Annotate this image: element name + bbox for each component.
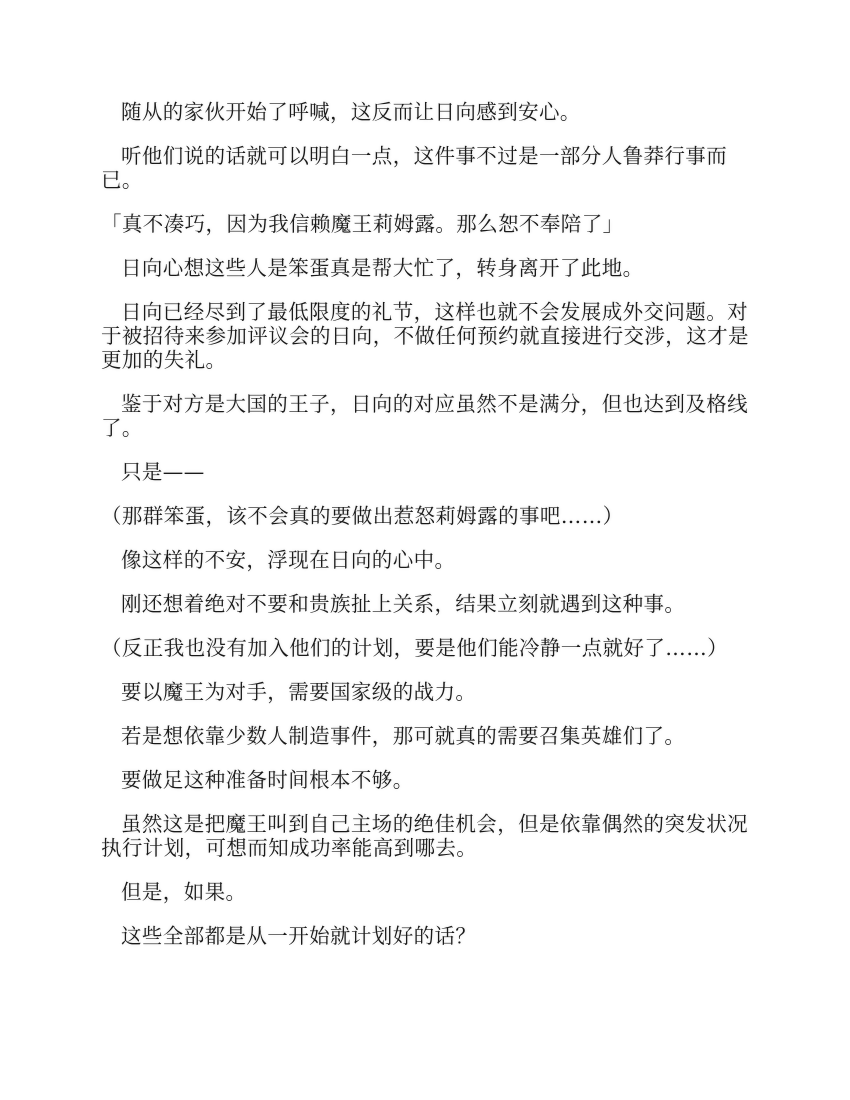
paragraph: 日向心想这些人是笨蛋真是帮大忙了，转身离开了此地。 bbox=[101, 256, 749, 280]
paragraph: 若是想依靠少数人制造事件，那可就真的需要召集英雄们了。 bbox=[101, 724, 749, 748]
paragraph: 要做足这种准备时间根本不够。 bbox=[101, 768, 749, 792]
document-page: 随从的家伙开始了呼喊，这反而让日向感到安心。 听他们说的话就可以明白一点，这件事… bbox=[101, 100, 749, 968]
thought-paragraph: （反正我也没有加入他们的计划，要是他们能冷静一点就好了……） bbox=[101, 636, 749, 660]
paragraph: 随从的家伙开始了呼喊，这反而让日向感到安心。 bbox=[101, 100, 749, 124]
paragraph: 这些全部都是从一开始就计划好的话？ bbox=[101, 924, 749, 948]
dialogue-paragraph: 「真不凑巧，因为我信赖魔王莉姆露。那么恕不奉陪了」 bbox=[101, 212, 749, 236]
paragraph: 但是，如果。 bbox=[101, 880, 749, 904]
paragraph: 刚还想着绝对不要和贵族扯上关系，结果立刻就遇到这种事。 bbox=[101, 592, 749, 616]
paragraph: 虽然这是把魔王叫到自己主场的绝佳机会，但是依靠偶然的突发状况执行计划，可想而知成… bbox=[101, 812, 749, 860]
paragraph: 听他们说的话就可以明白一点，这件事不过是一部分人鲁莽行事而已。 bbox=[101, 144, 749, 192]
paragraph: 鉴于对方是大国的王子，日向的对应虽然不是满分，但也达到及格线了。 bbox=[101, 392, 749, 440]
paragraph: 只是—— bbox=[101, 460, 749, 484]
paragraph: 像这样的不安，浮现在日向的心中。 bbox=[101, 548, 749, 572]
thought-paragraph: （那群笨蛋，该不会真的要做出惹怒莉姆露的事吧……） bbox=[101, 504, 749, 528]
paragraph: 日向已经尽到了最低限度的礼节，这样也就不会发展成外交问题。对于被招待来参加评议会… bbox=[101, 300, 749, 372]
paragraph: 要以魔王为对手，需要国家级的战力。 bbox=[101, 680, 749, 704]
